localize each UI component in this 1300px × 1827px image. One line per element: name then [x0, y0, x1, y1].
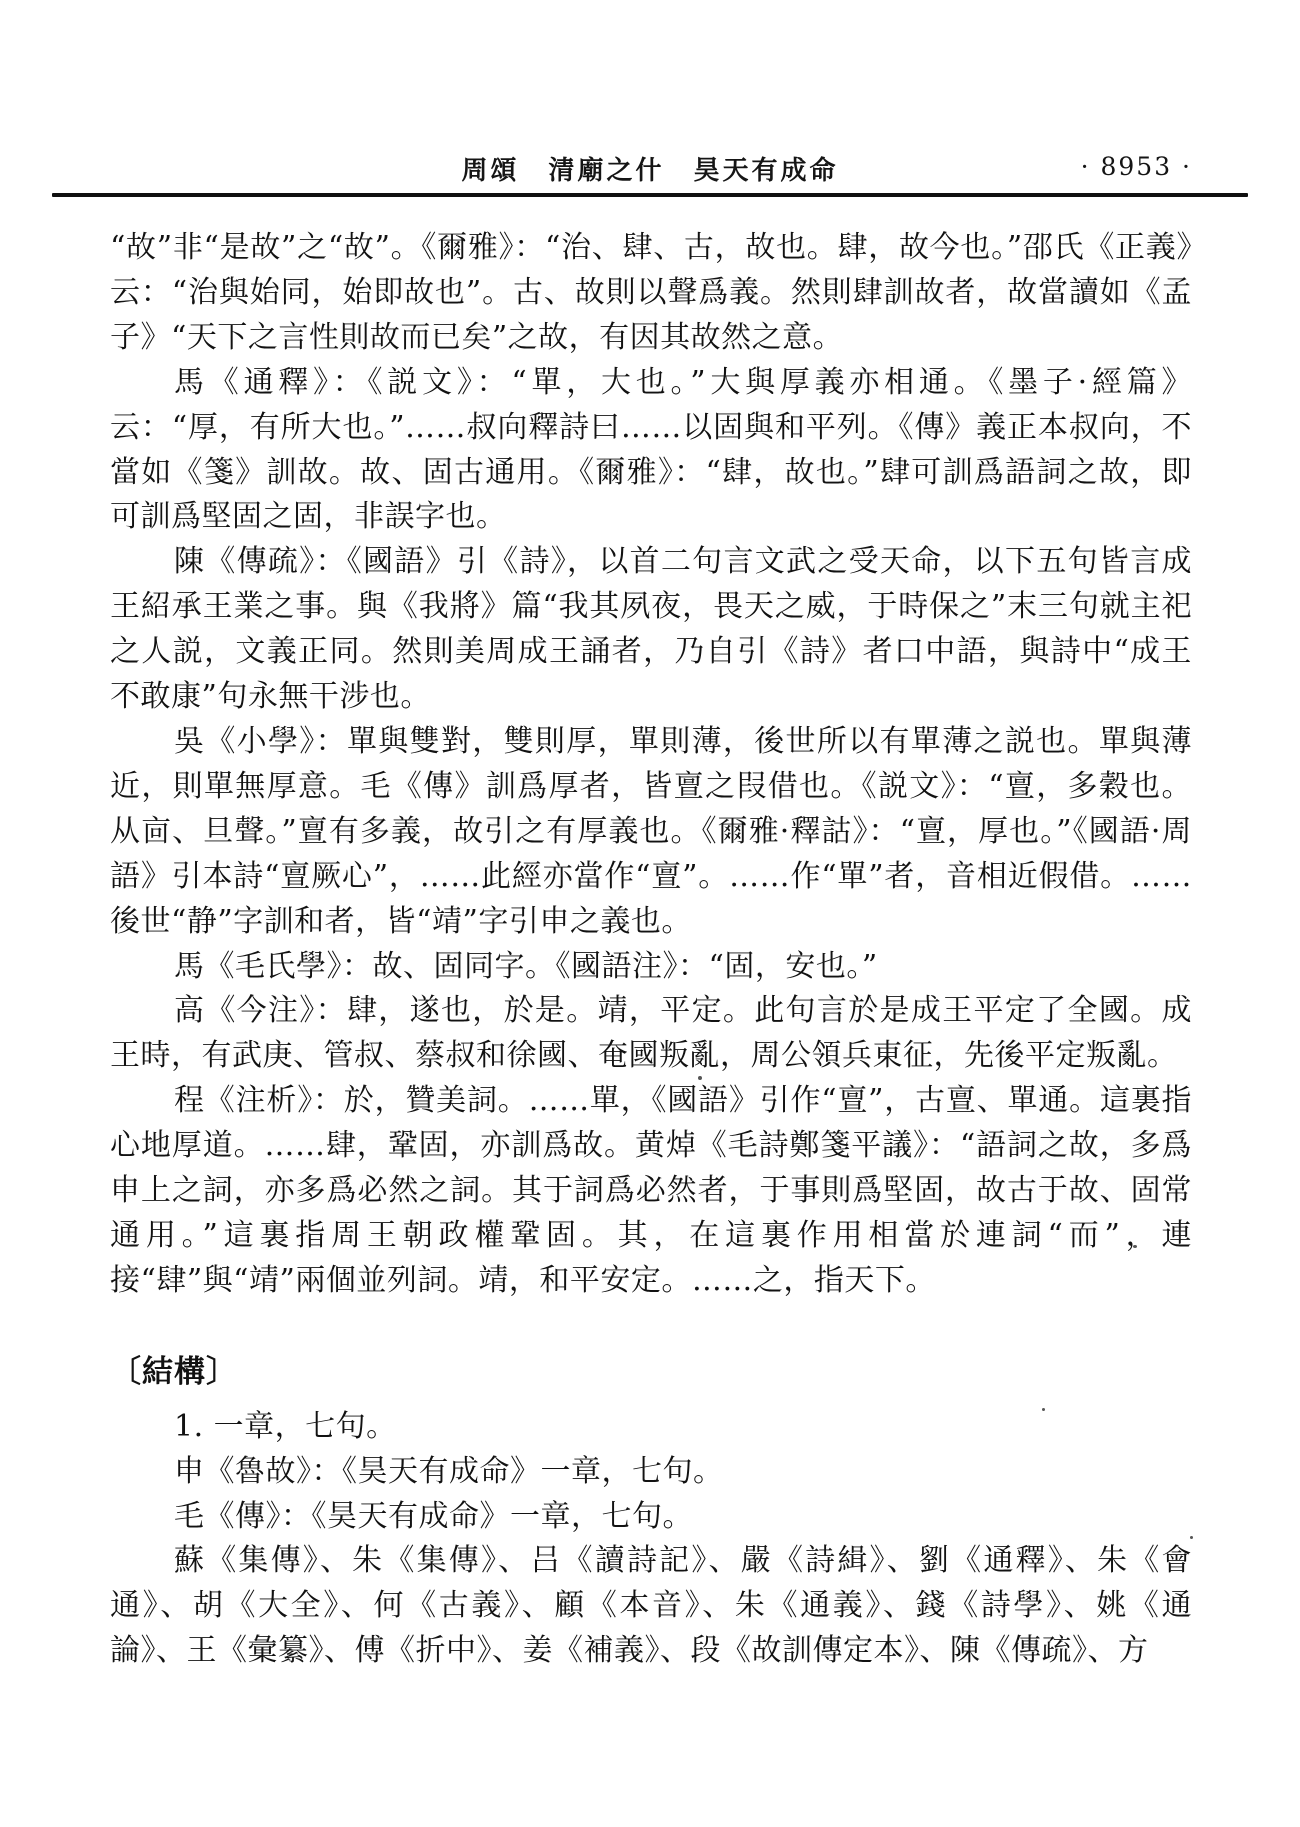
page-number: · 8953 ·: [1081, 152, 1192, 181]
commentary-paragraph: 馬《通釋》：《説文》：“單，大也。”大與厚義亦相通。《墨子·經篇》云：“厚，有所…: [110, 361, 1192, 541]
commentary-paragraph: 陳《傳疏》：《國語》引《詩》，以首二句言文武之受天命，以下五句皆言成王紹承王業之…: [110, 540, 1192, 720]
scan-noise-dot: [698, 1076, 702, 1080]
commentary-paragraph: 馬《毛氏學》：故、固同字。《國語注》：“固，安也。”: [110, 945, 1192, 990]
structure-paragraph: 申《魯故》：《昊天有成命》一章，七句。: [110, 1450, 1192, 1495]
header-divider-rule: [52, 193, 1248, 197]
commentary-paragraph: “故”非“是故”之“故”。《爾雅》：“治、肆、古，故也。肆，故今也。”邵氏《正義…: [110, 226, 1192, 361]
commentary-paragraph: 高《今注》：肆，遂也，於是。靖，平定。此句言於是成王平定了全國。成王時，有武庚、…: [110, 989, 1192, 1079]
commentary-paragraph: 程《注析》：於，贊美詞。……單，《國語》引作“亶”，古亶、單通。這裏指心地厚道。…: [110, 1079, 1192, 1304]
structure-paragraph: 1. 一章，七句。: [110, 1405, 1192, 1450]
section-heading-structure: 〔結構〕: [110, 1350, 1192, 1395]
scanned-book-page: 周頌 清廟之什 昊天有成命 · 8953 · “故”非“是故”之“故”。《爾雅》…: [0, 0, 1300, 1827]
scan-noise-dot: [1190, 1536, 1193, 1539]
scan-noise-dot: [1042, 1408, 1045, 1411]
commentary-paragraph: 吳《小學》：單與雙對，雙則厚，單則薄，後世所以有單薄之説也。單與薄近，則單無厚意…: [110, 720, 1192, 945]
page-body: “故”非“是故”之“故”。《爾雅》：“治、肆、古，故也。肆，故今也。”邵氏《正義…: [110, 226, 1192, 1674]
structure-paragraph: 蘇《集傳》、朱《集傳》、吕《讀詩記》、嚴《詩緝》、劉《通釋》、朱《會通》、胡《大…: [110, 1539, 1192, 1674]
structure-paragraph: 毛《傳》：《昊天有成命》一章，七句。: [110, 1495, 1192, 1540]
scan-noise-dot: [1133, 1245, 1137, 1248]
